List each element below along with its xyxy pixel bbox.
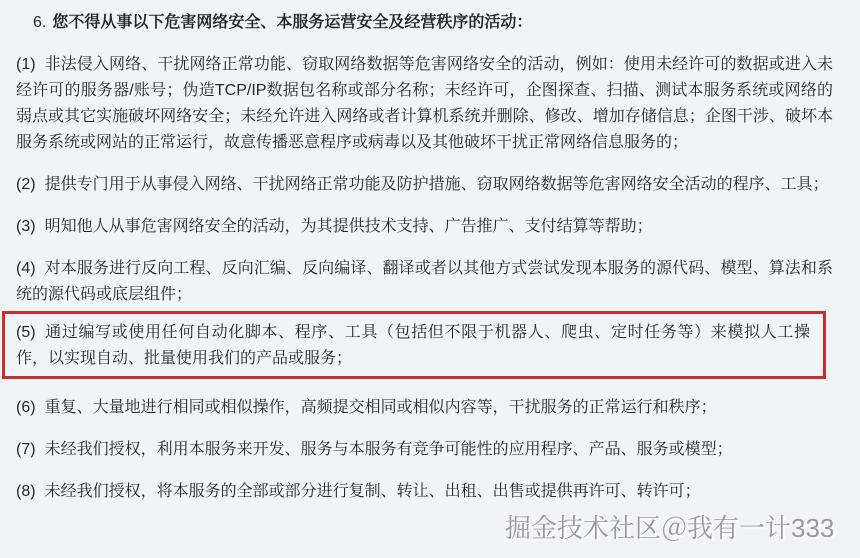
clause-marker: (7) <box>16 441 36 458</box>
clause-text: 明知他人从事危害网络安全的活动，为其提供技术支持、广告推广、支付结算等帮助； <box>45 218 653 235</box>
section-number: 6. <box>33 14 46 31</box>
terms-document-page: 6.您不得从事以下危害网络安全、本服务运营安全及经营秩序的活动： (1)非法侵入… <box>0 0 860 558</box>
clause-item-5-highlighted: (5)通过编写或使用任何自动化脚本、程序、工具（包括但不限于机器人、爬虫、定时任… <box>2 311 826 379</box>
section-title: 您不得从事以下危害网络安全、本服务运营安全及经营秩序的活动： <box>52 14 532 31</box>
clause-marker: (6) <box>16 399 36 416</box>
clause-text: 非法侵入网络、干扰网络正常功能、窃取网络数据等危害网络安全的活动，例如：使用未经… <box>16 56 833 151</box>
clause-item-4: (4)对本服务进行反向工程、反向汇编、反向编译、翻译或者以其他方式尝试发现本服务… <box>16 256 833 308</box>
clause-item-2: (2)提供专门用于从事侵入网络、干扰网络正常功能及防护措施、窃取网络数据等危害网… <box>16 172 833 198</box>
clause-text: 对本服务进行反向工程、反向汇编、反向编译、翻译或者以其他方式尝试发现本服务的源代… <box>16 260 833 303</box>
clause-marker: (5) <box>16 324 36 341</box>
clause-marker: (8) <box>16 483 36 500</box>
clause-text: 未经我们授权，将本服务的全部或部分进行复制、转让、出租、出售或提供再许可、转许可… <box>45 483 701 500</box>
clause-text: 提供专门用于从事侵入网络、干扰网络正常功能及防护措施、窃取网络数据等危害网络安全… <box>45 176 829 193</box>
clause-text: 重复、大量地进行相同或相似操作，高频提交相同或相似内容等，干扰服务的正常运行和秩… <box>45 399 717 416</box>
watermark: 掘金技术社区＠我有一计333 <box>505 511 834 545</box>
document-content: 6.您不得从事以下危害网络安全、本服务运营安全及经营秩序的活动： (1)非法侵入… <box>0 0 860 505</box>
clause-marker: (2) <box>16 176 36 193</box>
clause-text: 未经我们授权，利用本服务来开发、服务与本服务有竞争可能性的应用程序、产品、服务或… <box>45 441 733 458</box>
clause-item-7: (7)未经我们授权，利用本服务来开发、服务与本服务有竞争可能性的应用程序、产品、… <box>16 437 833 463</box>
clause-marker: (4) <box>16 260 36 277</box>
clause-marker: (1) <box>16 56 36 73</box>
clause-item-3: (3)明知他人从事危害网络安全的活动，为其提供技术支持、广告推广、支付结算等帮助… <box>16 214 833 240</box>
clause-item-6: (6)重复、大量地进行相同或相似操作，高频提交相同或相似内容等，干扰服务的正常运… <box>16 395 833 421</box>
clause-text: 通过编写或使用任何自动化脚本、程序、工具（包括但不限于机器人、爬虫、定时任务等）… <box>16 324 810 367</box>
clause-marker: (3) <box>16 218 36 235</box>
clause-item-8: (8)未经我们授权，将本服务的全部或部分进行复制、转让、出租、出售或提供再许可、… <box>16 479 833 505</box>
section-heading: 6.您不得从事以下危害网络安全、本服务运营安全及经营秩序的活动： <box>33 10 833 36</box>
clause-item-1: (1)非法侵入网络、干扰网络正常功能、窃取网络数据等危害网络安全的活动，例如：使… <box>16 52 833 156</box>
